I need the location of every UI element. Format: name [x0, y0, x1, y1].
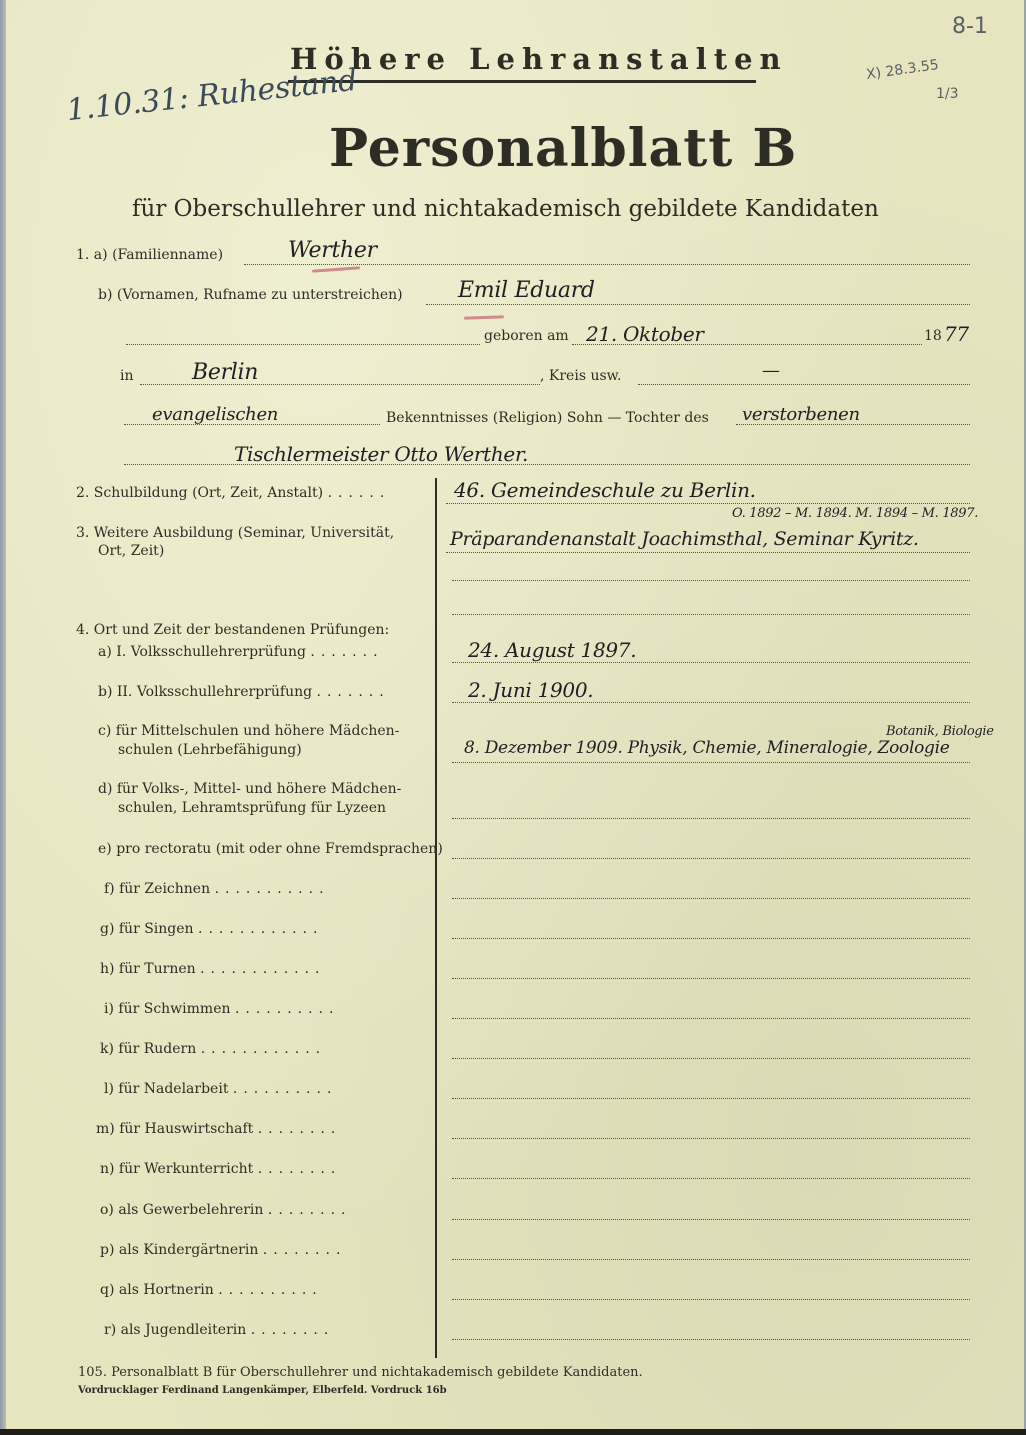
column-divider — [435, 478, 437, 1358]
schooling-line — [446, 503, 970, 504]
further-training-value[interactable]: Präparandenanstalt Joachimsthal, Seminar… — [450, 528, 919, 550]
exam-item-b: b) II. Volksschullehrerprüfung ....... — [98, 683, 390, 702]
exam-label: i) für Schwimmen — [104, 1001, 231, 1017]
exam-label-line2: schulen, Lehramtsprüfung für Lyzeen — [98, 799, 401, 818]
leader-dots: ....... — [310, 644, 383, 660]
exam-value-a[interactable]: 24. August 1897. — [468, 638, 636, 662]
leader-dots: ............ — [198, 921, 323, 937]
family-name-line — [244, 264, 970, 265]
given-names-value[interactable]: Emil Eduard — [458, 278, 595, 303]
exam-label: h) für Turnen — [100, 961, 196, 977]
exam-item-o: o) als Gewerbelehrerin ........ — [100, 1201, 351, 1220]
exam-line-h — [452, 978, 970, 979]
red-rufname-underline — [464, 315, 504, 319]
form-footer-title: 105. Personalblatt B für Oberschullehrer… — [78, 1365, 643, 1380]
district-value[interactable]: — — [762, 360, 780, 381]
exam-item-k: k) für Rudern ............ — [100, 1040, 326, 1059]
exam-item-g: g) für Singen ............ — [100, 920, 323, 939]
leader-dots: .......... — [235, 1001, 340, 1017]
parent-status-value[interactable]: verstorbenen — [742, 404, 860, 425]
exam-line-f — [452, 898, 970, 899]
exam-line-l — [452, 1098, 970, 1099]
exam-item-r: r) als Jugendleiterin ........ — [104, 1321, 334, 1340]
exam-item-p: p) als Kindergärtnerin ........ — [100, 1241, 346, 1260]
born-date-value[interactable]: 21. Oktober — [586, 322, 704, 346]
exam-line-g — [452, 938, 970, 939]
exam-line-k — [452, 1058, 970, 1059]
further-training-dates[interactable]: O. 1892 – M. 1894. M. 1894 – M. 1897. — [732, 506, 978, 521]
exam-item-n: n) für Werkunterricht ........ — [100, 1160, 341, 1179]
exam-label: m) für Hauswirtschaft — [96, 1121, 253, 1137]
district-label: , Kreis usw. — [540, 368, 621, 384]
leader-dots: ........ — [263, 1242, 347, 1258]
form-subtitle: für Oberschullehrer und nichtakademisch … — [132, 196, 879, 222]
exams-heading: 4. Ort und Zeit der bestandenen Prüfunge… — [76, 622, 389, 638]
exam-label: n) für Werkunterricht — [100, 1161, 253, 1177]
leader-dots: .......... — [218, 1282, 323, 1298]
schooling-label-text: 2. Schulbildung (Ort, Zeit, Anstalt) — [76, 485, 323, 501]
family-name-value[interactable]: Werther — [288, 238, 377, 263]
exam-label: b) II. Volksschullehrerprüfung — [98, 684, 312, 700]
exam-label: l) für Nadelarbeit — [104, 1081, 228, 1097]
heading-underline — [288, 80, 756, 83]
form-sheet: Höhere Lehranstalten 1.10.31: Ruhestand … — [6, 0, 1024, 1429]
schooling-label: 2. Schulbildung (Ort, Zeit, Anstalt) ...… — [76, 485, 390, 501]
birth-extra-line — [126, 344, 480, 345]
birthplace-value[interactable]: Berlin — [192, 360, 258, 385]
exam-item-d: d) für Volks-, Mittel- und höhere Mädche… — [98, 780, 401, 818]
leader-dots: ............ — [201, 1041, 326, 1057]
form-category-heading: Höhere Lehranstalten — [290, 42, 788, 76]
given-names-label: b) (Vornamen, Rufname zu unterstreichen) — [98, 287, 403, 303]
exam-label: c) für Mittelschulen und höhere Mädchen- — [98, 722, 399, 741]
exam-item-m: m) für Hauswirtschaft ........ — [96, 1120, 341, 1139]
exam-line-a — [452, 662, 970, 663]
exam-line-d — [452, 818, 970, 819]
leader-dots: ....... — [317, 684, 390, 700]
exam-line-i — [452, 1018, 970, 1019]
born-year-prefix: 18 — [924, 328, 942, 344]
pencil-date-note: X) 28.3.55 — [865, 57, 939, 83]
exam-item-q: q) als Hortnerin .......... — [100, 1281, 323, 1300]
exam-value-c[interactable]: 8. Dezember 1909. Physik, Chemie, Minera… — [464, 738, 950, 758]
further-training-label-2: Ort, Zeit) — [98, 543, 164, 559]
further-training-line-1 — [446, 552, 970, 553]
scan-edge-bottom — [0, 1429, 1026, 1435]
exam-line-e — [452, 858, 970, 859]
birthplace-label: in — [120, 368, 134, 384]
exam-label: e) pro rectoratu (mit oder ohne Fremdspr… — [98, 841, 443, 857]
family-name-label: 1. a) (Familienname) — [76, 247, 223, 263]
further-training-line-2 — [452, 580, 970, 581]
exam-value-b[interactable]: 2. Juni 1900. — [468, 678, 593, 702]
father-value[interactable]: Tischlermeister Otto Werther. — [234, 442, 528, 466]
exam-line-c — [452, 762, 970, 763]
leader-dots: ........ — [268, 1202, 352, 1218]
exam-label: f) für Zeichnen — [104, 881, 210, 897]
exam-line-p — [452, 1259, 970, 1260]
leader-dots: ........... — [215, 881, 330, 897]
red-underline-mark — [312, 266, 360, 272]
exam-label: p) als Kindergärtnerin — [100, 1242, 258, 1258]
further-training-label-1: 3. Weitere Ausbildung (Seminar, Universi… — [76, 525, 394, 541]
exam-label: k) für Rudern — [100, 1041, 196, 1057]
form-title: Personalblatt B — [329, 118, 797, 179]
exam-line-m — [452, 1138, 970, 1139]
leader-dots: .......... — [233, 1081, 338, 1097]
leader-dots: ........ — [258, 1161, 342, 1177]
district-line — [638, 384, 970, 385]
exam-label: o) als Gewerbelehrerin — [100, 1202, 263, 1218]
exam-label: q) als Hortnerin — [100, 1282, 214, 1298]
schooling-value[interactable]: 46. Gemeindeschule zu Berlin. — [454, 478, 756, 502]
exam-item-e: e) pro rectoratu (mit oder ohne Fremdspr… — [98, 840, 443, 859]
schooling-leader-dots: ...... — [328, 485, 391, 501]
exam-label: a) I. Volksschullehrerprüfung — [98, 644, 306, 660]
exam-item-i: i) für Schwimmen .......... — [104, 1000, 339, 1019]
form-footer-printer: Vordrucklager Ferdinand Langenkämper, El… — [78, 1385, 447, 1396]
exam-line-q — [452, 1299, 970, 1300]
exam-label: r) als Jugendleiterin — [104, 1322, 246, 1338]
exam-label: g) für Singen — [100, 921, 194, 937]
born-year-value[interactable]: 77 — [944, 322, 969, 346]
leader-dots: ........ — [251, 1322, 335, 1338]
exam-item-h: h) für Turnen ............ — [100, 960, 326, 979]
exam-line-r — [452, 1339, 970, 1340]
given-names-line — [426, 304, 970, 305]
exam-item-a: a) I. Volksschullehrerprüfung ....... — [98, 643, 384, 662]
religion-label: Bekenntnisses (Religion) Sohn — Tochter … — [386, 410, 709, 426]
leader-dots: ............ — [200, 961, 325, 977]
exam-line-o — [452, 1219, 970, 1220]
pencil-fraction-note: 1/3 — [936, 86, 959, 102]
exam-item-f: f) für Zeichnen ........... — [104, 880, 330, 899]
exam-item-c: c) für Mittelschulen und höhere Mädchen-… — [98, 722, 399, 760]
pencil-file-number: 8-1 — [952, 14, 988, 39]
further-training-line-3 — [452, 614, 970, 615]
leader-dots: ........ — [258, 1121, 342, 1137]
exam-item-l: l) für Nadelarbeit .......... — [104, 1080, 337, 1099]
religion-value[interactable]: evangelischen — [152, 404, 278, 425]
exam-value-c-above[interactable]: Botanik, Biologie — [886, 724, 994, 739]
exam-label-line2: schulen (Lehrbefähigung) — [98, 741, 399, 760]
handwritten-retirement-note: 1.10.31: Ruhestand — [65, 63, 359, 128]
exam-label: d) für Volks-, Mittel- und höhere Mädche… — [98, 780, 401, 799]
exam-line-n — [452, 1178, 970, 1179]
exam-line-b — [452, 702, 970, 703]
born-label: geboren am — [484, 328, 569, 344]
